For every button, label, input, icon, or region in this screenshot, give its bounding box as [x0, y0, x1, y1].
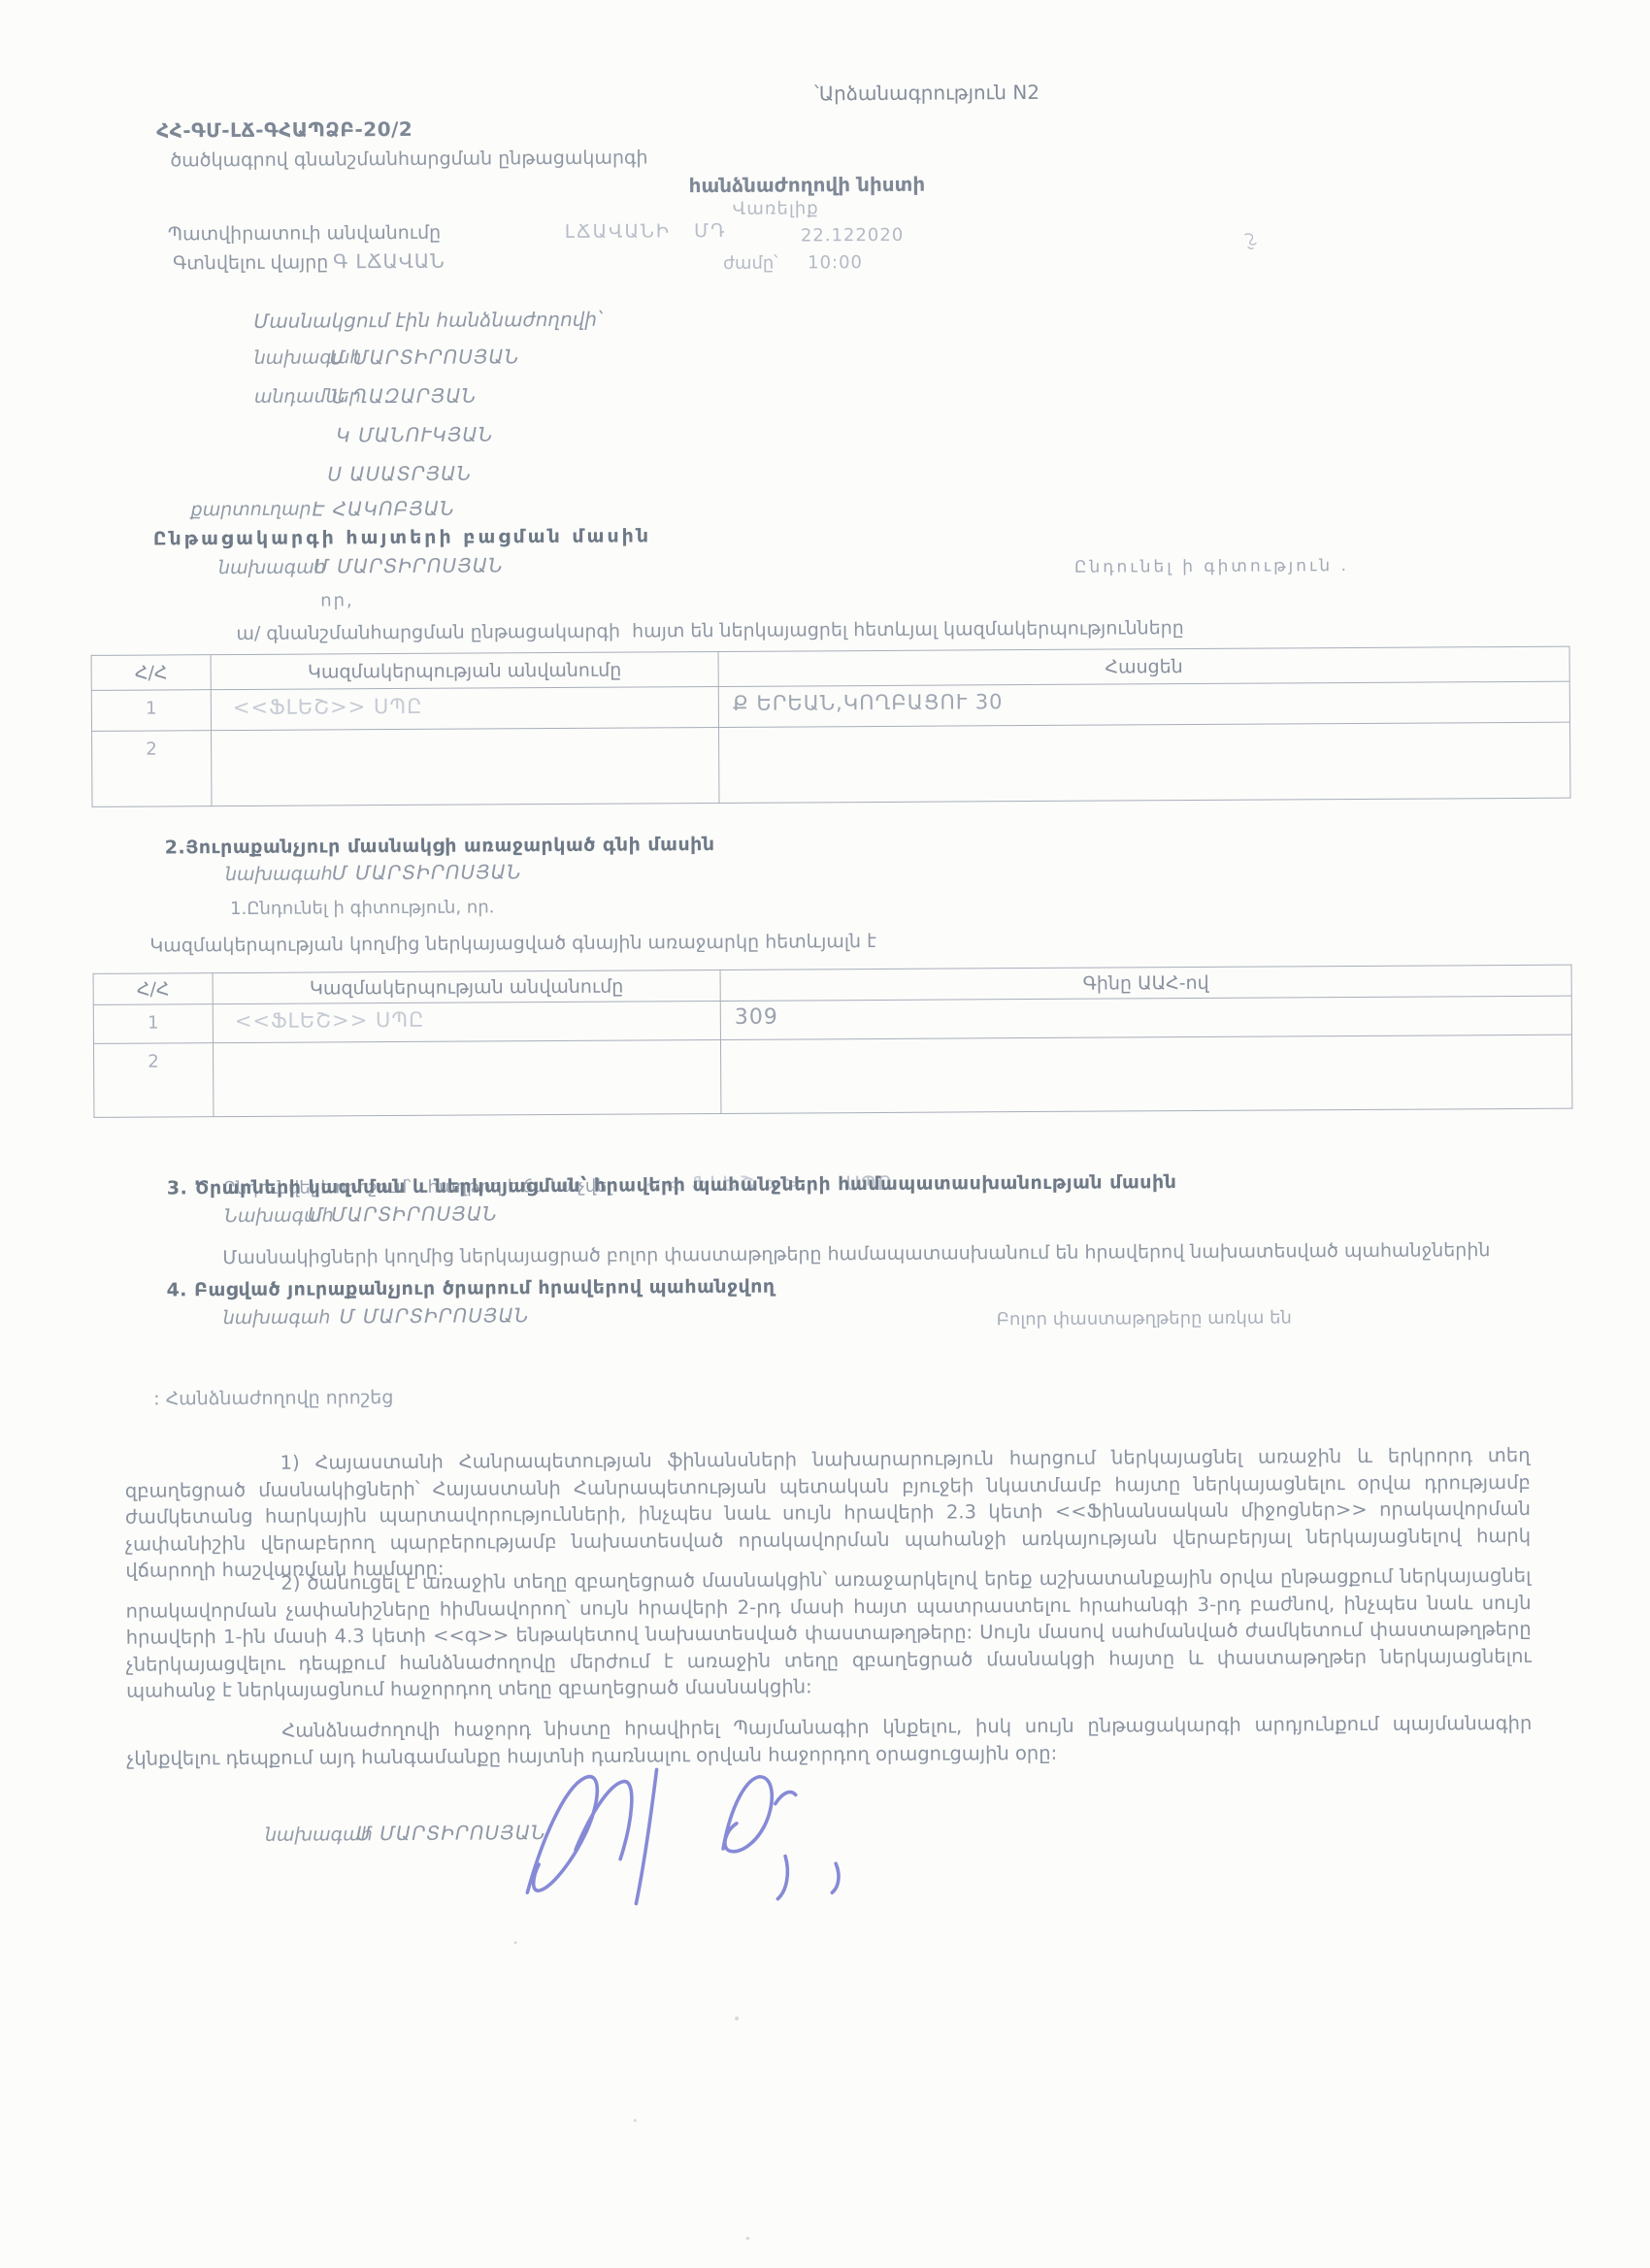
section4-chair-label: նախագահ: [223, 1306, 331, 1329]
section4-remark: Բոլոր փաստաթղթերը առկա են: [997, 1307, 1292, 1330]
section2-intro-line: Կազմակերպության կողմից ներկայացված գնայի…: [149, 931, 876, 957]
scan-artifact-mark: [1239, 231, 1261, 252]
scan-tilt-wrapper: ՝Արձանագրություն N2 ՀՀ-ԳՄ-ԼՃ-ԳՀԱՊՁԲ-20/2…: [0, 0, 1650, 2268]
resolution-heading: : Հանձնաժողովը որոշեց: [153, 1387, 393, 1410]
scan-speck: [514, 1941, 517, 1944]
prices-row1-name: <<ՖԼԵՇ>> ՍՊԸ: [213, 1001, 720, 1042]
procedure-subtitle: ծածկագրով գնանշմանհարցման ընթացակարգի: [170, 147, 647, 171]
section3-chair-name: Մ ՄԱՐՏԻՐՈՍՅԱՆ: [308, 1201, 498, 1226]
section4-chair-name: Մ ՄԱՐՏԻՐՈՍՅԱՆ: [340, 1303, 530, 1328]
bidders-col-address: Հասցեն: [718, 646, 1569, 686]
prices-row1-num: 1: [93, 1004, 213, 1044]
section2-remark: 1.Ընդունել ի գիտություն, որ.: [230, 897, 494, 919]
secretary-name: Է ՀԱԿՈԲՅԱՆ: [313, 497, 455, 521]
section2-chair-label: նախագահ: [225, 863, 333, 885]
member-name-2: Կ ՄԱՆՈՒԿՅԱՆ: [336, 422, 493, 446]
bidders-row2-address: [719, 722, 1570, 803]
bidders-col-name: Կազմակերպության անվանումը: [211, 651, 718, 689]
section1-chair-label: նախագահ: [218, 556, 326, 578]
chair-name: Մ ՄԱՐՏԻՐՈՍՅԱՆ: [330, 345, 520, 369]
session-date: 22.122020: [801, 225, 904, 247]
scan-speck: [746, 2237, 750, 2240]
bidders-row-2: 2: [92, 722, 1570, 806]
section1-that-word: որ,: [320, 590, 354, 610]
time-label: ժամը՝: [723, 253, 778, 274]
section1-title: Ընթացակարգի հայտերի բացման մասին: [153, 525, 651, 549]
prices-row2-name: [213, 1039, 720, 1116]
section1-remark: Ընդունել ի գիտություն .: [1074, 556, 1349, 577]
section2-chair-name: Մ ՄԱՐՏԻՐՈՍՅԱՆ: [332, 860, 522, 884]
prices-col-num: Հ/Հ: [93, 973, 213, 1005]
bidders-row1-name: <<ՖԼԵՇ>> ՍՊԸ: [211, 686, 718, 730]
time-value: 10:00: [808, 252, 863, 273]
section1-chair-name: Մ ՄԱՐՏԻՐՈՍՅԱՆ: [313, 553, 504, 577]
session-line: հանձնաժողովի նիստի: [689, 173, 926, 197]
prices-col-price: Գինը ԱԱՀ-ով: [720, 965, 1571, 1001]
resolution-paragraph-2: 2) ծանուցել է առաջին տեղը զբաղեցրած մասն…: [125, 1562, 1532, 1704]
section3-body-line: Մասնակիցների կողմից ներկայացրած բոլոր փա…: [222, 1239, 1490, 1268]
prices-row-2: 2: [93, 1035, 1571, 1117]
bidders-row1-num: 1: [91, 690, 211, 732]
scan-speck: [634, 2120, 637, 2122]
section2-title: 2.Յուրաքանչյուր մասնակցի առաջարկած գնի մ…: [165, 834, 715, 858]
prices-row2-num: 2: [93, 1043, 213, 1118]
prices-col-name: Կազմակերպության անվանումը: [213, 970, 720, 1003]
customer-label: Պատվիրատուի անվանումը: [168, 222, 441, 246]
member-name-1: Ն ՂԱԶԱՐՅԱՆ: [331, 383, 478, 408]
bidders-row1-address: Ք ԵՐԵԱՆ,ԿՈՂԲԱՑՈՒ 30: [718, 681, 1569, 727]
secretary-label: քարտուղար: [191, 499, 312, 521]
bidders-table: Հ/Հ Կազմակերպության անվանումը Հասցեն 1 <…: [91, 646, 1571, 807]
procurement-code: ՀՀ-ԳՄ-ԼՃ-ԳՀԱՊՁԲ-20/2: [156, 117, 412, 143]
bidders-row2-name: [212, 727, 719, 805]
prices-row1-price: 309: [720, 996, 1571, 1039]
participants-intro: Մասնակցում էին հանձնաժողովի՝: [253, 308, 602, 333]
scan-speck: [735, 2017, 739, 2021]
document-title: ՝Արձանագրություն N2: [814, 81, 1039, 105]
procurement-subject: Վառելիք: [733, 198, 819, 219]
customer-value: ԼՃԱՎԱՆԻ ՄԴ: [565, 220, 727, 243]
section4-title: 4. Բացված յուրաքանչյուր ծրարում հրավերով…: [166, 1276, 775, 1301]
signature-scribble: [494, 1762, 874, 1920]
bidders-row2-num: 2: [92, 731, 212, 807]
prices-row2-price: [720, 1035, 1571, 1113]
member-name-3: Ս ԱՍԱՏՐՅԱՆ: [327, 462, 472, 486]
location-label: Գտնվելու վայրը: [173, 251, 328, 274]
bidders-col-num: Հ/Հ: [91, 655, 211, 691]
section1-intro-line: ա/ գնանշմանհարցման ընթացակարգի հայտ են ն…: [236, 617, 1184, 644]
prices-table: Հ/Հ Կազմակերպության անվանումը Գինը ԱԱՀ-ո…: [93, 965, 1573, 1118]
scanned-protocol-page: ՝Արձանագրություն N2 ՀՀ-ԳՄ-ԼՃ-ԳՀԱՊՁԲ-20/2…: [0, 0, 1650, 2268]
location-value: Գ ԼՃԱՎԱՆ: [333, 249, 445, 274]
